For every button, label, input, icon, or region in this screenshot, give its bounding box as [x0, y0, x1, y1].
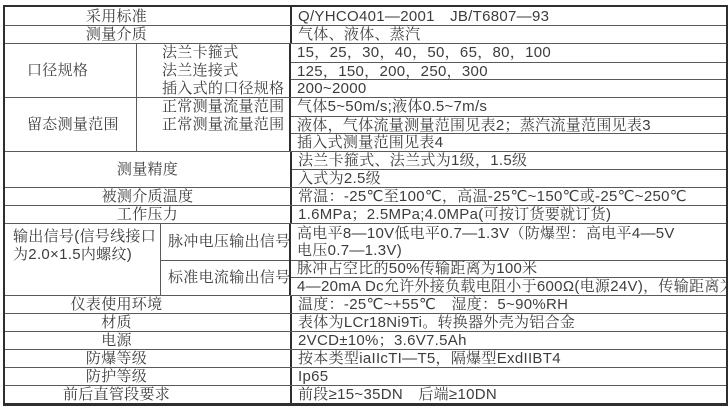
output-value-current-loop: 4—20mA Dc允许外接负载电阻小于600Ω(电源24V)，传输距离为30米	[291, 277, 726, 295]
explosion-value: 按本类型iaIIcTI—T5，隔爆型ExdIIBT4	[290, 350, 726, 367]
spec-table: 采用标准 Q/YHCO401—2001 JB/T6807—93 测量介质 气体、…	[3, 5, 728, 406]
flow-range-sub-blank	[137, 133, 289, 151]
accuracy-label: 测量精度	[5, 152, 290, 187]
diameter-sub-clamp: 法兰卡箍式	[137, 44, 289, 62]
row-environment: 仪表使用环境 温度：-25℃~+55℃ 湿度：5~90%RH	[5, 295, 726, 313]
row-explosion: 防爆等级 按本类型iaIIcTI—T5，隔爆型ExdIIBT4	[5, 349, 726, 367]
section-output-signal: 输出信号(信号线接口为2.0×1.5内螺纹) 脉冲电压输出信号 标准电流输出信号…	[5, 223, 726, 295]
diameter-sub-flange: 法兰连接式	[137, 62, 289, 80]
pressure-value: 1.6MPa；2.5MPa;4.0MPa(可按订货要就订货)	[290, 206, 726, 223]
diameter-sub-labels: 法兰卡箍式 法兰连接式 插入式的口径规格	[137, 44, 289, 97]
medium-temp-label: 被测介质温度	[5, 188, 290, 205]
material-value: 表体为LCr18Ni9Ti。转换器外壳为铝合金	[290, 314, 726, 331]
output-sub-current: 标准电流输出信号	[161, 260, 289, 296]
accuracy-value-flange: 法兰卡箍式、法兰式为1级，1.5级	[292, 152, 726, 169]
flow-range-value-velocity: 气体5~50m/s;液体0.5~7m/s	[291, 98, 726, 116]
flow-range-value-insert: 插入式测量范围见表4	[291, 133, 726, 151]
section-accuracy: 测量精度 法兰卡箍式、法兰式为1级，1.5级 入式为2.5级	[5, 151, 726, 187]
diameter-sub-insert: 插入式的口径规格	[137, 79, 289, 97]
explosion-label: 防爆等级	[5, 350, 290, 367]
row-pressure: 工作压力 1.6MPa；2.5MPa;4.0MPa(可按订货要就订货)	[5, 205, 726, 223]
medium-label: 测量介质	[5, 26, 290, 43]
row-medium-temp: 被测介质温度 常温：-25℃至100℃，高温-25℃~150℃或-25℃~250…	[5, 187, 726, 205]
flow-range-sub-labels: 正常测量流量范围 正常测量流量范围	[137, 98, 289, 151]
environment-value: 温度：-25℃~+55℃ 湿度：5~90%RH	[290, 296, 726, 313]
output-value-duty-cycle: 脉冲占空比的50%传输距离为100米	[291, 260, 726, 278]
pressure-label: 工作压力	[5, 206, 290, 223]
flow-range-sub-normal-2: 正常测量流量范围	[137, 116, 289, 134]
power-label: 电源	[5, 332, 290, 349]
medium-temp-value: 常温：-25℃至100℃，高温-25℃~150℃或-25℃~250℃	[290, 188, 726, 205]
standard-label: 采用标准	[5, 7, 290, 25]
environment-label: 仪表使用环境	[5, 296, 290, 313]
accuracy-value-insert: 入式为2.5级	[292, 169, 726, 187]
section-flow-range: 留态测量范围 正常测量流量范围 正常测量流量范围 气体5~50m/s;液体0.5…	[5, 97, 726, 151]
section-diameter: 口径规格 法兰卡箍式 法兰连接式 插入式的口径规格 15，25，30，40，50…	[5, 43, 726, 97]
flow-range-sub-normal-1: 正常测量流量范围	[137, 98, 289, 116]
output-signal-values: 高电平8—10V低电平0.7—1.3V（防爆型：高电平4—5V 电压0.7—1.…	[289, 224, 726, 295]
diameter-value-flange: 125，150，200，250，300	[291, 62, 726, 80]
output-signal-label: 输出信号(信号线接口为2.0×1.5内螺纹)	[5, 224, 161, 295]
row-material: 材质 表体为LCr18Ni9Ti。转换器外壳为铝合金	[5, 313, 726, 331]
power-value: 2VCD±10%；3.6V7.5Ah	[290, 332, 726, 349]
straight-pipe-value: 前段≥15~35DN 后端≥10DN	[290, 386, 726, 403]
output-sub-pulse: 脉冲电压输出信号	[161, 224, 289, 260]
material-label: 材质	[5, 314, 290, 331]
protection-label: 防护等级	[5, 368, 290, 385]
row-protection: 防护等级 Ip65	[5, 367, 726, 385]
protection-value: Ip65	[290, 368, 726, 385]
output-signal-sub-labels: 脉冲电压输出信号 标准电流输出信号	[161, 224, 289, 295]
medium-value: 气体、液体、蒸汽	[290, 26, 726, 43]
row-power: 电源 2VCD±10%；3.6V7.5Ah	[5, 331, 726, 349]
row-medium: 测量介质 气体、液体、蒸汽	[5, 25, 726, 43]
diameter-value-insert: 200~2000	[291, 79, 726, 97]
standard-value: Q/YHCO401—2001 JB/T6807—93	[290, 7, 726, 25]
row-standard: 采用标准 Q/YHCO401—2001 JB/T6807—93	[5, 7, 726, 25]
diameter-value-clamp: 15，25，30，40，50，65，80，100	[291, 44, 726, 62]
flow-range-value-tables: 液体，气体流量测量范围见表2；蒸汽流量范围见表3	[291, 116, 726, 134]
accuracy-values: 法兰卡箍式、法兰式为1级，1.5级 入式为2.5级	[290, 152, 726, 187]
flow-range-label: 留态测量范围	[5, 98, 137, 151]
diameter-label: 口径规格	[5, 44, 137, 97]
diameter-values: 15，25，30，40，50，65，80，100 125，150，200，250…	[289, 44, 726, 97]
row-straight-pipe: 前后直管段要求 前段≥15~35DN 后端≥10DN	[5, 385, 726, 403]
straight-pipe-label: 前后直管段要求	[5, 386, 290, 403]
output-value-pulse: 高电平8—10V低电平0.7—1.3V（防爆型：高电平4—5V 电压0.7—1.…	[291, 224, 726, 260]
flow-range-values: 气体5~50m/s;液体0.5~7m/s 液体，气体流量测量范围见表2；蒸汽流量…	[289, 98, 726, 151]
